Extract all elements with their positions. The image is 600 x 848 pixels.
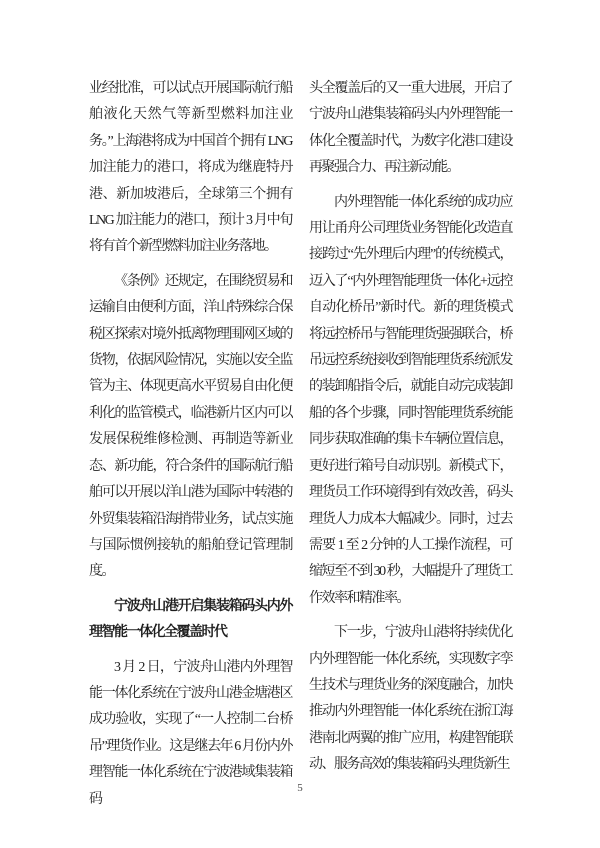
article-paragraph: 内外理智能一体化系统的成功应用让甬舟公司理货业务智能化改造直接跨过“先外理后内理… — [309, 190, 512, 613]
article-paragraph: 《条例》还规定，在围绕贸易和运输自由便利方面，洋山特殊综合保税区探索对境外抵离物… — [89, 269, 292, 586]
left-column: 业经批准，可以试点开展国际航行船舶液化天然气等新型燃料加注业务。”上海港将成为中… — [89, 76, 292, 821]
article-paragraph: 头全覆盖后的又一重大进展，开启了宁波舟山港集装箱码头内外理智能一体化全覆盖时代，… — [309, 76, 512, 182]
article-paragraph: 业经批准，可以试点开展国际航行船舶液化天然气等新型燃料加注业务。”上海港将成为中… — [89, 76, 292, 261]
article-paragraph: 下一步，宁波舟山港将持续优化内外理智能一体化系统，实现数字孪生技术与理货业务的深… — [309, 620, 512, 778]
right-column: 头全覆盖后的又一重大进展，开启了宁波舟山港集装箱码头内外理智能一体化全覆盖时代，… — [309, 76, 512, 787]
page-number: 5 — [0, 782, 600, 794]
document-page: 业经批准，可以试点开展国际航行船舶液化天然气等新型燃料加注业务。”上海港将成为中… — [0, 0, 600, 848]
article-heading: 宁波舟山港开启集装箱码头内外理智能一体化全覆盖时代 — [89, 594, 292, 647]
